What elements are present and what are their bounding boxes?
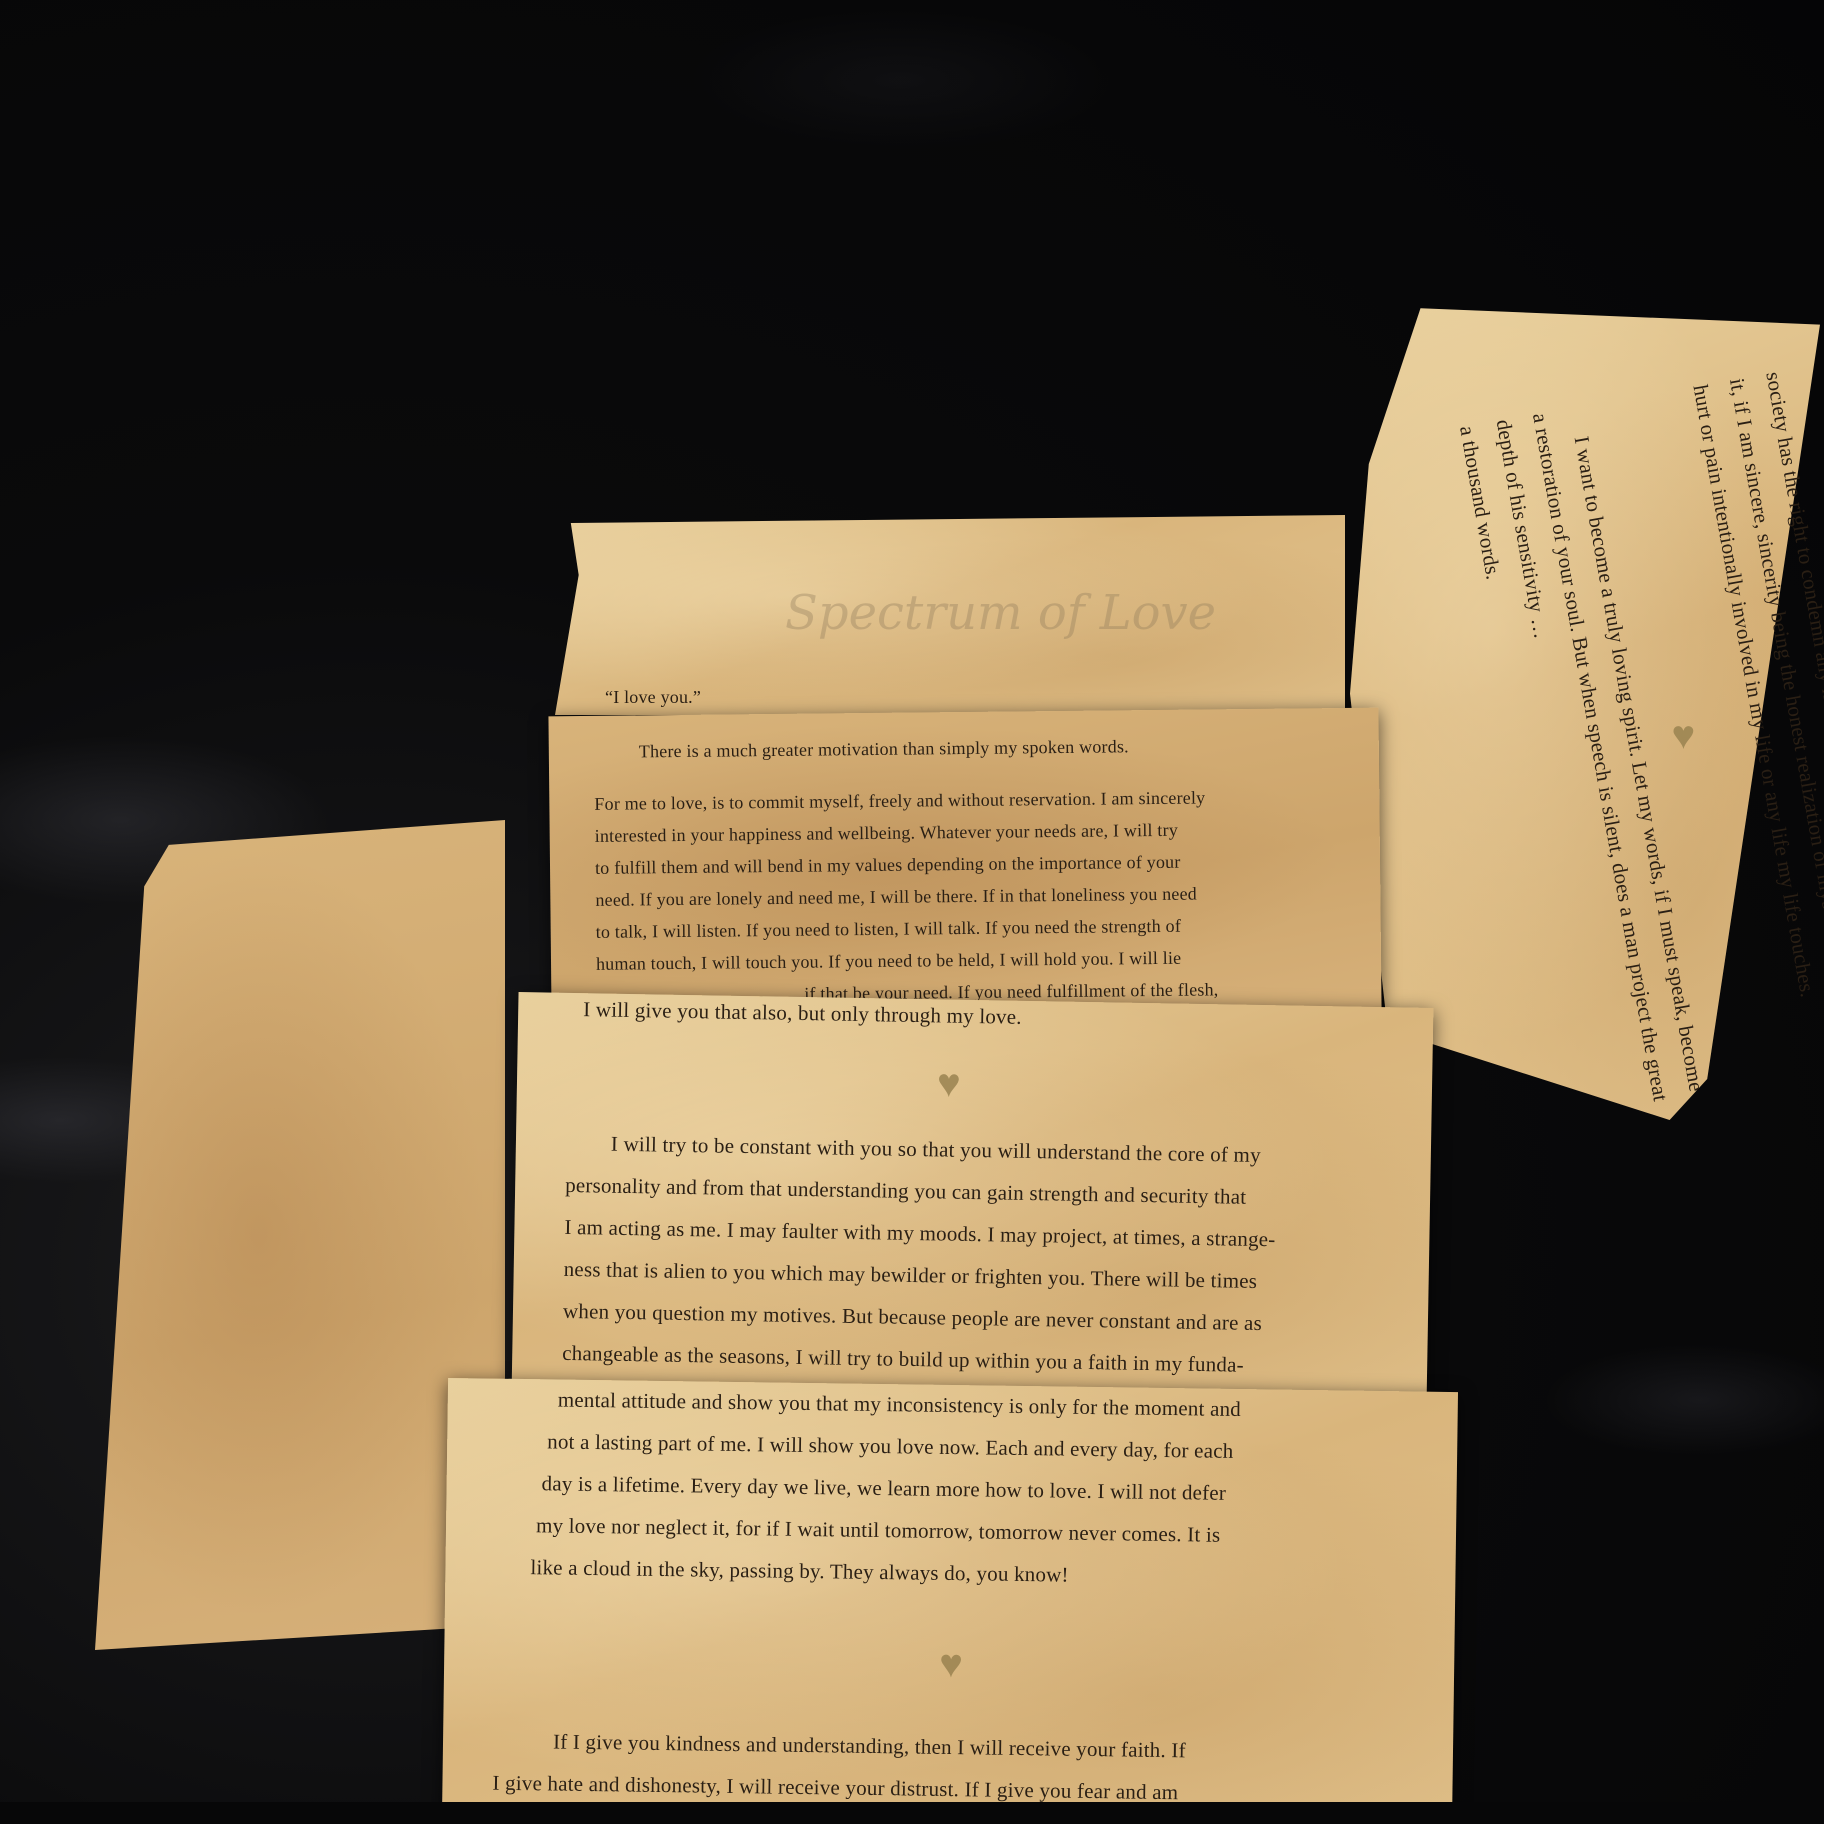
quote-text: “I love you.” [605, 687, 701, 708]
text-line: mental attitude and show you that my inc… [558, 1388, 1241, 1423]
left-paper-piece [95, 820, 505, 1650]
text-line: I will give you that also, but only thro… [583, 997, 1022, 1030]
text-line: to fulfill them and will bend in my valu… [595, 852, 1181, 879]
intro-line: There is a much greater motivation than … [639, 736, 1129, 762]
text-line: I give hate and dishonesty, I will recei… [492, 1771, 1178, 1806]
text-line: I will try to be constant with you so th… [611, 1132, 1261, 1168]
text-line: need. If you are lonely and need me, I w… [595, 884, 1197, 911]
fourth-paper-piece: mental attitude and show you that my inc… [442, 1378, 1458, 1824]
second-paper-piece: There is a much greater motivation than … [548, 708, 1381, 1017]
bottom-torn-edge [0, 1802, 1824, 1824]
text-line: personality and from that understanding … [565, 1173, 1247, 1210]
top-paper-piece: Spectrum of Love “I love you.” [555, 515, 1345, 715]
text-line: like a cloud in the sky, passing by. The… [530, 1555, 1069, 1588]
text-line: ness that is alien to you which may bewi… [564, 1257, 1258, 1294]
text-line: changeable as the seasons, I will try to… [562, 1341, 1244, 1378]
text-line: my love nor neglect it, for if I wait un… [536, 1513, 1221, 1548]
text-line: If I give you kindness and understanding… [553, 1729, 1186, 1763]
text-line: when you question my motives. But becaus… [563, 1299, 1262, 1336]
text-line: I am acting as me. I may faulter with my… [564, 1215, 1275, 1252]
text-line: day is a lifetime. Every day we live, we… [541, 1471, 1226, 1506]
text-line: For me to love, is to commit myself, fre… [594, 787, 1205, 814]
heart-icon: ♥ [937, 1059, 962, 1106]
text-line: not a lasting part of me. I will show yo… [547, 1429, 1234, 1464]
text-line: human touch, I will touch you. If you ne… [596, 948, 1182, 975]
third-paper-piece: I will give you that also, but only thro… [512, 992, 1434, 1408]
text-line: to talk, I will listen. If you need to l… [596, 916, 1181, 943]
heart-icon: ♥ [1671, 712, 1695, 759]
text-line: interested in your happiness and wellbei… [595, 820, 1178, 847]
heart-icon: ♥ [939, 1640, 963, 1687]
page-title: Spectrum of Love [785, 585, 1216, 641]
